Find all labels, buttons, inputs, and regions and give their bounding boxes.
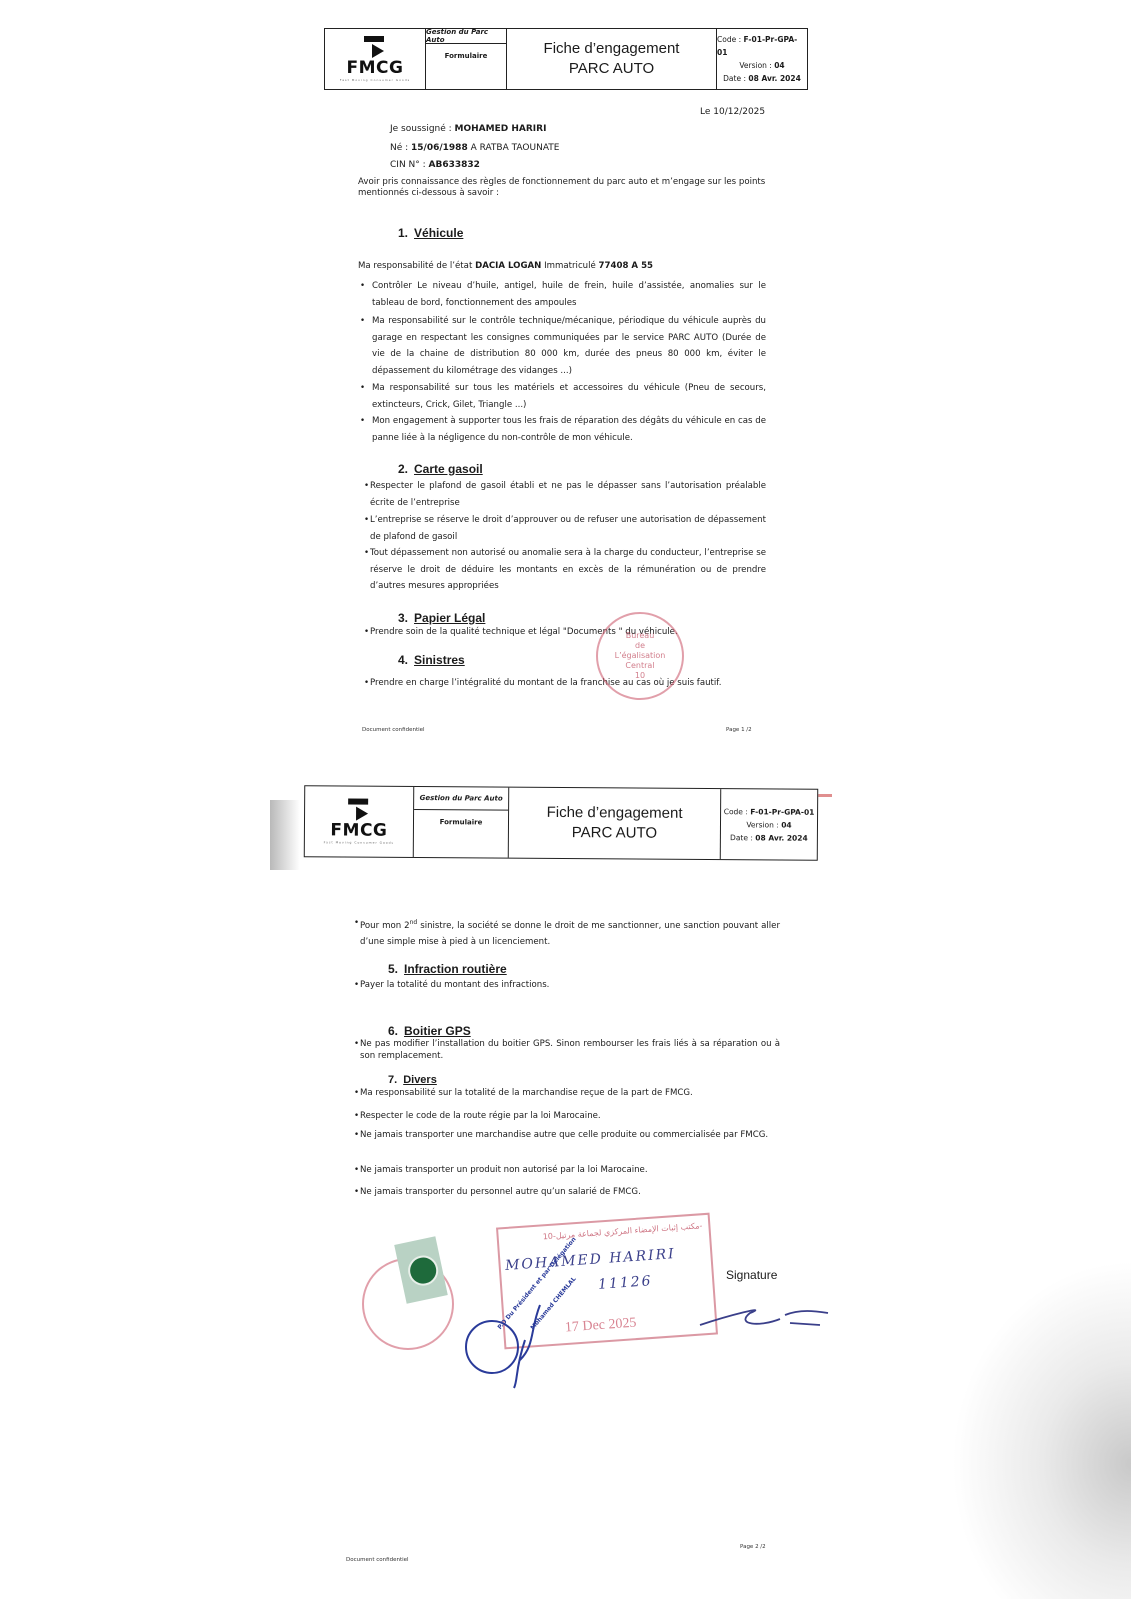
arrow-logo-icon xyxy=(364,36,386,58)
list-item: •Prendre en charge l’intégralité du mont… xyxy=(370,675,770,692)
section-title: Carte gasoil xyxy=(414,462,483,476)
undersigned-line: Je soussigné : MOHAMED HARIRI xyxy=(390,121,546,138)
date-value: 08 Avr. 2024 xyxy=(748,74,800,83)
code-label: Code : xyxy=(717,35,744,44)
title-line-1: Fiche d’engagement xyxy=(544,39,680,59)
list-item: •Respecter le code de la route régie par… xyxy=(360,1108,780,1125)
bullet-text: Contrôler Le niveau d’huile, antigel, hu… xyxy=(372,281,766,308)
section-number: 1. xyxy=(398,226,408,240)
list-item: •Pour mon 2nd sinistre, la société se do… xyxy=(360,915,780,951)
lead-prefix: Ma responsabilité de l’état xyxy=(358,261,475,271)
section-number: 4. xyxy=(398,653,408,667)
lead-mid: Immatriculé xyxy=(541,261,598,271)
bullet-text: Respecter le plafond de gasoil établi et… xyxy=(370,481,766,508)
stamp-line: Central xyxy=(625,661,654,671)
section-infraction: 5.Infraction routière xyxy=(388,962,507,976)
department-label: Gestion du Parc Auto xyxy=(414,787,508,811)
code-label: Code : xyxy=(724,807,751,816)
title-line-2: PARC AUTO xyxy=(569,59,654,79)
document-title: Fiche d’engagement PARC AUTO xyxy=(507,29,717,89)
list-item: •Ma responsabilité sur le contrôle techn… xyxy=(372,313,766,379)
stamp-line: 10 xyxy=(635,671,645,681)
birth-place: A RATBA TAOUNATE xyxy=(468,143,560,153)
footer-page-number: Page 2 /2 xyxy=(740,1544,766,1550)
cin-value: AB633832 xyxy=(429,160,480,170)
undersigned-label: Je soussigné : xyxy=(390,124,455,134)
document-header: FMCG Fast Moving Consumer Goods Gestion … xyxy=(324,28,808,90)
brand-name: FMCG xyxy=(347,58,404,78)
list-item: •Ne jamais transporter un produit non au… xyxy=(360,1162,780,1179)
signature-label: Signature xyxy=(726,1267,777,1284)
section-title: Sinistres xyxy=(414,653,465,667)
version-value: 04 xyxy=(774,61,784,70)
bullet-text: Pour mon 2 xyxy=(360,921,410,931)
emblem-icon xyxy=(405,1253,441,1289)
date-value: 08 Avr. 2024 xyxy=(755,833,808,842)
fmcg-logo: FMCG Fast Moving Consumer Goods xyxy=(305,786,414,857)
fmcg-logo: FMCG Fast Moving Consumer Goods xyxy=(325,29,426,89)
birth-date: 15/06/1988 xyxy=(411,143,468,153)
section-number: 2. xyxy=(398,462,408,476)
cin-line: CIN N° : AB633832 xyxy=(390,157,480,174)
list-item: •Prendre soin de la qualité technique et… xyxy=(370,624,770,641)
date-label: Date : xyxy=(723,74,748,83)
list-item: •Ne pas modifier l’installation du boiti… xyxy=(360,1038,780,1062)
vehicle-plate: 77408 A 55 xyxy=(599,261,654,271)
list-item: •L’entreprise se réserve le droit d’appr… xyxy=(370,512,766,545)
bullet-text: Ne jamais transporter du personnel autre… xyxy=(360,1187,641,1197)
list-item: •Mon engagement à supporter tous les fra… xyxy=(372,413,766,446)
section-sinistres: 4.Sinistres xyxy=(398,653,465,667)
list-item: •Ma responsabilité sur tous les matériel… xyxy=(372,380,766,413)
doc-type-label: Formulaire xyxy=(426,44,506,89)
footer-page-number: Page 1 /2 xyxy=(726,727,752,733)
bullet-text: Tout dépassement non autorisé ou anomali… xyxy=(370,548,766,591)
department-label: Gestion du Parc Auto xyxy=(426,29,506,44)
footer-confidential: Document confidentiel xyxy=(362,727,425,733)
code-value: F-01-Pr-GPA-01 xyxy=(750,807,814,816)
bullet-text: sinistre, la société se donne le droit d… xyxy=(360,921,780,948)
version-label: Version : xyxy=(739,61,774,70)
stamp-line: de xyxy=(635,641,645,651)
list-item: •Tout dépassement non autorisé ou anomal… xyxy=(370,545,766,595)
section-title: Véhicule xyxy=(414,226,463,240)
date-label: Date : xyxy=(730,833,755,842)
list-item: •Ne jamais transporter du personnel autr… xyxy=(360,1184,780,1201)
legalization-stamp: Bureau de L’égalisation Central 10 xyxy=(596,612,684,700)
page-1: FMCG Fast Moving Consumer Goods Gestion … xyxy=(0,0,1131,780)
section-title: Infraction routière xyxy=(404,962,507,976)
list-item: •Ma responsabilité sur la totalité de la… xyxy=(360,1085,780,1102)
intro-paragraph: Avoir pris connaissance des règles de fo… xyxy=(358,177,772,199)
document-meta: Code : F-01-Pr-GPA-01 Version : 04 Date … xyxy=(717,29,807,89)
list-item: •Payer la totalité du montant des infrac… xyxy=(360,977,780,994)
bullet-text: Ne jamais transporter un produit non aut… xyxy=(360,1165,648,1175)
version-label: Version : xyxy=(746,820,781,829)
doc-type-label: Formulaire xyxy=(414,810,508,858)
title-line-1: Fiche d’engagement xyxy=(547,803,683,824)
section-number: 3. xyxy=(398,611,408,625)
section-number: 5. xyxy=(388,962,398,976)
stamp-line: L’égalisation xyxy=(615,651,666,661)
vehicle-model: DACIA LOGAN xyxy=(475,261,541,271)
stamp-arabic-header: مكتب إثبات الإمضاء المركزي لجماعة مرتيل-… xyxy=(542,1219,703,1244)
section-title: Papier Légal xyxy=(414,611,485,625)
bullet-text: Ma responsabilité sur tous les matériels… xyxy=(372,383,766,410)
list-item: •Ne jamais transporter une marchandise a… xyxy=(360,1129,780,1142)
bullet-text: Payer la totalité du montant des infract… xyxy=(360,980,549,990)
bullet-text: L’entreprise se réserve le droit d’appro… xyxy=(370,515,766,542)
list-item: •Contrôler Le niveau d’huile, antigel, h… xyxy=(372,278,766,311)
section-number: 6. xyxy=(388,1024,398,1038)
list-item: •Respecter le plafond de gasoil établi e… xyxy=(370,478,766,511)
cin-label: CIN N° : xyxy=(390,160,429,170)
section-title: Boitier GPS xyxy=(404,1024,471,1038)
brand-tagline: Fast Moving Consumer Goods xyxy=(324,840,395,844)
bullet-text: Respecter le code de la route régie par … xyxy=(360,1111,601,1121)
born-label: Né : xyxy=(390,143,411,153)
page-2: FMCG Fast Moving Consumer Goods Gestion … xyxy=(0,780,1131,1599)
bullet-text: Ma responsabilité sur la totalité de la … xyxy=(360,1088,693,1098)
section-papier-legal: 3.Papier Légal xyxy=(398,611,485,625)
birth-line: Né : 15/06/1988 A RATBA TAOUNATE xyxy=(390,140,559,157)
section-boitier-gps: 6.Boitier GPS xyxy=(388,1024,471,1038)
stamp-line: Bureau xyxy=(626,631,655,641)
section-carte-gasoil: 2.Carte gasoil xyxy=(398,462,483,476)
title-line-2: PARC AUTO xyxy=(572,823,657,844)
brand-tagline: Fast Moving Consumer Goods xyxy=(340,78,411,82)
footer-confidential: Document confidentiel xyxy=(346,1557,409,1563)
document-meta: Code : F-01-Pr-GPA-01 Version : 04 Date … xyxy=(721,789,817,860)
employee-signature xyxy=(690,1295,830,1335)
arrow-logo-icon xyxy=(348,799,370,821)
bullet-text: Ma responsabilité sur le contrôle techni… xyxy=(372,316,766,376)
undersigned-name: MOHAMED HARIRI xyxy=(455,124,547,134)
section-vehicule: 1.Véhicule xyxy=(398,226,463,240)
document-header: FMCG Fast Moving Consumer Goods Gestion … xyxy=(304,785,818,861)
bullet-text: Mon engagement à supporter tous les frai… xyxy=(372,416,766,443)
document-title: Fiche d’engagement PARC AUTO xyxy=(509,788,721,859)
version-value: 04 xyxy=(781,820,792,829)
document-date: Le 10/12/2025 xyxy=(700,104,765,121)
vehicle-responsibility: Ma responsabilité de l’état DACIA LOGAN … xyxy=(358,258,653,275)
brand-name: FMCG xyxy=(330,820,387,840)
bullet-text: Ne jamais transporter une marchandise au… xyxy=(360,1130,768,1140)
officer-signature xyxy=(510,1300,550,1390)
bullet-text: Ne pas modifier l’installation du boitie… xyxy=(360,1039,780,1061)
